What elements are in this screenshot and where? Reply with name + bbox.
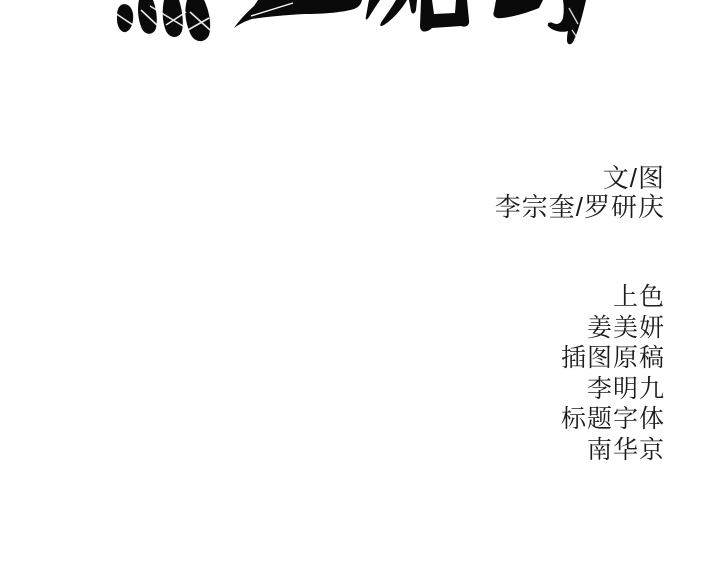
credit-role-title-lettering: 标题字体 <box>495 404 665 435</box>
title-calligraphy-art <box>0 0 720 60</box>
credit-name-illustration-draft: 李明九 <box>495 374 665 405</box>
credits-page: 文/图 李宗奎/罗研庆 上色 姜美妍 插图原稿 李明九 标题字体 南华京 <box>0 0 720 562</box>
credit-name-coloring: 姜美妍 <box>495 313 665 344</box>
credit-role-coloring: 上色 <box>495 282 665 313</box>
author-credit-block: 文/图 李宗奎/罗研庆 <box>495 164 665 222</box>
credit-names-writer-artist: 李宗奎/罗研庆 <box>495 193 665 222</box>
credit-role-illustration-draft: 插图原稿 <box>495 343 665 374</box>
credit-name-title-lettering: 南华京 <box>495 435 665 466</box>
credit-role-writer-artist: 文/图 <box>495 164 665 193</box>
staff-credit-block: 上色 姜美妍 插图原稿 李明九 标题字体 南华京 <box>495 282 665 465</box>
credits: 文/图 李宗奎/罗研庆 上色 姜美妍 插图原稿 李明九 标题字体 南华京 <box>495 164 665 465</box>
